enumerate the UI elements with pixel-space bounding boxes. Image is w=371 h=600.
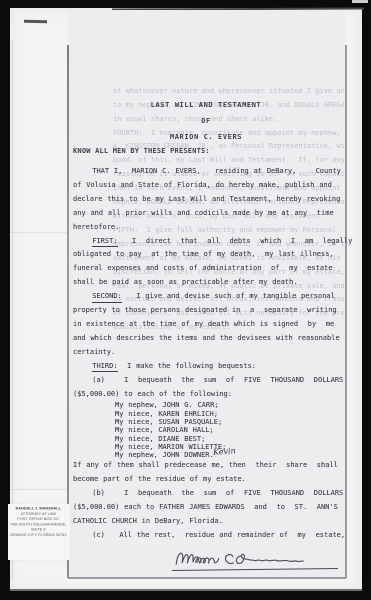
- page-left-edge: [67, 45, 69, 578]
- title-line-2: OF: [73, 113, 339, 129]
- will-body-text: THAT I, MARION C. EVERS, residing at DeB…: [73, 165, 341, 543]
- corner-light-sliver: [352, 0, 368, 3]
- backing-bottom-edge: [10, 589, 362, 591]
- attorney-stamp: RANDALL J. MARSHALLATTORNEY AT LAWPOST O…: [8, 504, 70, 560]
- staple-mark-left: [24, 20, 47, 23]
- article-second-line: and which describes the items and the de…: [73, 332, 341, 346]
- bequest-a-line: (a) I bequeath the sum of FIVE THOUSAND …: [73, 374, 341, 388]
- bequest-b-line: CATHOLIC CHURCH in DeBary, Florida.: [73, 515, 341, 529]
- fold-crease-upper: [10, 232, 68, 233]
- article-second-line: property to those persons designated in …: [73, 304, 341, 318]
- document-title: LAST WILL AND TESTAMENT OF MARION C. EVE…: [73, 97, 339, 145]
- backing-edge-shadow: [12, 40, 13, 580]
- fold-crease-lower: [10, 489, 68, 490]
- article-first-line: shall be paid as soon as practicable aft…: [73, 276, 341, 290]
- bequest-b-line: (b) I bequeath the sum of FIVE THOUSAND …: [73, 487, 341, 501]
- first-label-underline: [92, 246, 118, 247]
- opening-declaration: KNOW ALL MEN BY THESE PRESENTS:: [73, 147, 339, 155]
- photo-of-will-document: of whatsoever nature and wheresoever sit…: [0, 0, 371, 600]
- intro-paragraph-line: THAT I, MARION C. EVERS, residing at DeB…: [73, 165, 341, 179]
- signature-handwriting-icon: [172, 541, 340, 573]
- page-right-edge: [345, 45, 347, 578]
- handwritten-note: Kevin: [213, 446, 236, 457]
- title-line-1: LAST WILL AND TESTAMENT: [73, 97, 339, 113]
- intro-paragraph-line: of Volusia and State of Florida, do here…: [73, 179, 341, 193]
- attorney-stamp-text: RANDALL J. MARSHALLATTORNEY AT LAWPOST O…: [8, 504, 69, 538]
- beneficiary-list-item: My niece, SUSAN PASQUALE;: [73, 418, 341, 426]
- second-label-underline: [92, 302, 122, 303]
- signature: [172, 541, 340, 573]
- bequest-b-line: ($5,000.00) each to FATHER JAMES EDWARDS…: [73, 501, 341, 515]
- beneficiary-list-item: My niece, KAREN EHRLICH;: [73, 410, 341, 418]
- bequest-a-line: ($5,000.00) to each of the following:: [73, 388, 341, 402]
- intro-paragraph-line: declare this to be my Last Will and Test…: [73, 193, 341, 207]
- intro-paragraph-line: any and all prior wills and codicils mad…: [73, 207, 341, 221]
- beneficiary-list-item: My nephew, JOHN G. CARR;: [73, 401, 341, 409]
- beneficiary-list-item: My niece, MARION WILLETTE;: [73, 443, 341, 451]
- page-bottom-edge: [68, 577, 346, 579]
- beneficiary-list-item: My niece, DIANE BEST;: [73, 435, 341, 443]
- predecease-clause-line: If any of them shall predecease me, then…: [73, 459, 341, 473]
- predecease-clause-line: become part of the residue of my estate.: [73, 473, 341, 487]
- article-second-line: certainty.: [73, 346, 341, 360]
- attorney-stamp-line: RANDALL J. MARSHALL: [8, 506, 69, 511]
- article-first-line: funeral expenses and costs of administra…: [73, 262, 341, 276]
- beneficiary-list-item: My nephew, JOHN DOWNER.: [73, 451, 341, 459]
- article-first-line: obligated to pay at the time of my death…: [73, 248, 341, 262]
- attorney-stamp-line: ORANGE CITY, FLORIDA 32763: [8, 532, 69, 537]
- third-label-underline: [92, 371, 118, 372]
- intro-paragraph-line: heretofore.: [73, 221, 341, 235]
- beneficiary-list-item: My niece, CAROLAN HALL;: [73, 426, 341, 434]
- article-second-line: in existence at the time of my death whi…: [73, 318, 341, 332]
- title-line-3: MARION C. EVERS: [73, 129, 339, 145]
